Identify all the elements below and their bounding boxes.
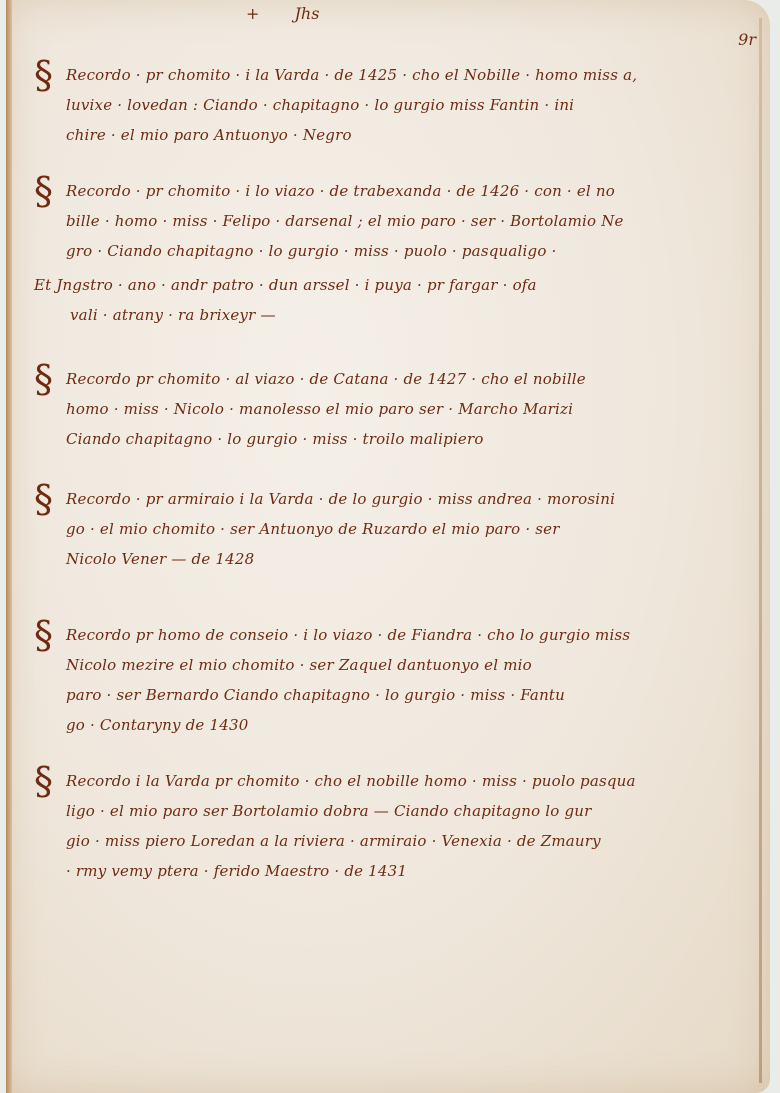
entry-line: Recordo pr homo de conseio · i lo viazo … — [66, 620, 714, 650]
diary-entry-1425: § Recordo · pr chomito · i la Varda · de… — [34, 60, 714, 150]
diary-entry-1431: § Recordo i la Varda pr chomito · cho el… — [34, 766, 714, 886]
entry-line: luvixe · lovedan : Ciando · chapitagno ·… — [66, 90, 714, 120]
entry-line: vali · atrany · ra brixeyr — — [70, 300, 706, 330]
entry-line: gro · Ciando chapitagno · lo gurgio · mi… — [66, 236, 714, 266]
diary-entry-1430: § Recordo pr homo de conseio · i lo viaz… — [34, 620, 714, 740]
paragraph-mark-icon: § — [34, 360, 53, 398]
diary-entry-1426: § Recordo · pr chomito · i lo viazo · de… — [34, 176, 714, 266]
entry-line: Recordo pr chomito · al viazo · de Catan… — [66, 364, 714, 394]
entry-line: go · el mio chomito · ser Antuonyo de Ru… — [66, 514, 714, 544]
diary-entry-1428: § Recordo · pr armiraio i la Varda · de … — [34, 484, 714, 574]
entry-line: Nicolo mezire el mio chomito · ser Zaque… — [66, 650, 714, 680]
christogram-monogram: Jhs — [295, 4, 320, 23]
paragraph-mark-icon: § — [34, 616, 53, 654]
folio-number: 9r — [738, 30, 756, 49]
entry-line: Recordo · pr armiraio i la Varda · de lo… — [66, 484, 714, 514]
paragraph-mark-icon: § — [34, 480, 53, 518]
entry-line: ligo · el mio paro ser Bortolamio dobra … — [66, 796, 714, 826]
entry-line: · rmy vemy ptera · ferido Maestro · de 1… — [66, 856, 714, 886]
entry-line: homo · miss · Nicolo · manolesso el mio … — [66, 394, 714, 424]
entry-line: Recordo i la Varda pr chomito · cho el n… — [66, 766, 714, 796]
diary-entry-addendum: Et Jngstro · ano · andr patro · dun arss… — [26, 270, 706, 330]
diary-entry-1427: § Recordo pr chomito · al viazo · de Cat… — [34, 364, 714, 454]
entry-line: Recordo · pr chomito · i lo viazo · de t… — [66, 176, 714, 206]
entry-line: gio · miss piero Loredan a la riviera · … — [66, 826, 714, 856]
entry-line: paro · ser Bernardo Ciando chapitagno · … — [66, 680, 714, 710]
entry-line: Recordo · pr chomito · i la Varda · de 1… — [66, 60, 714, 90]
paragraph-mark-icon: § — [34, 762, 53, 800]
entry-line: chire · el mio paro Antuonyo · Negro — [66, 120, 714, 150]
entry-line: bille · homo · miss · Felipo · darsenal … — [66, 206, 714, 236]
cross-mark-icon: + — [246, 4, 259, 23]
paragraph-mark-icon: § — [34, 172, 53, 210]
entry-line: Et Jngstro · ano · andr patro · dun arss… — [34, 270, 706, 300]
manuscript-page: + Jhs 9r § Recordo · pr chomito · i la V… — [6, 0, 770, 1093]
entry-line: go · Contaryny de 1430 — [66, 710, 714, 740]
entry-line: Ciando chapitagno · lo gurgio · miss · t… — [66, 424, 714, 454]
page-header: + Jhs — [246, 4, 319, 23]
entry-line: Nicolo Vener — de 1428 — [66, 544, 714, 574]
paragraph-mark-icon: § — [34, 56, 53, 94]
